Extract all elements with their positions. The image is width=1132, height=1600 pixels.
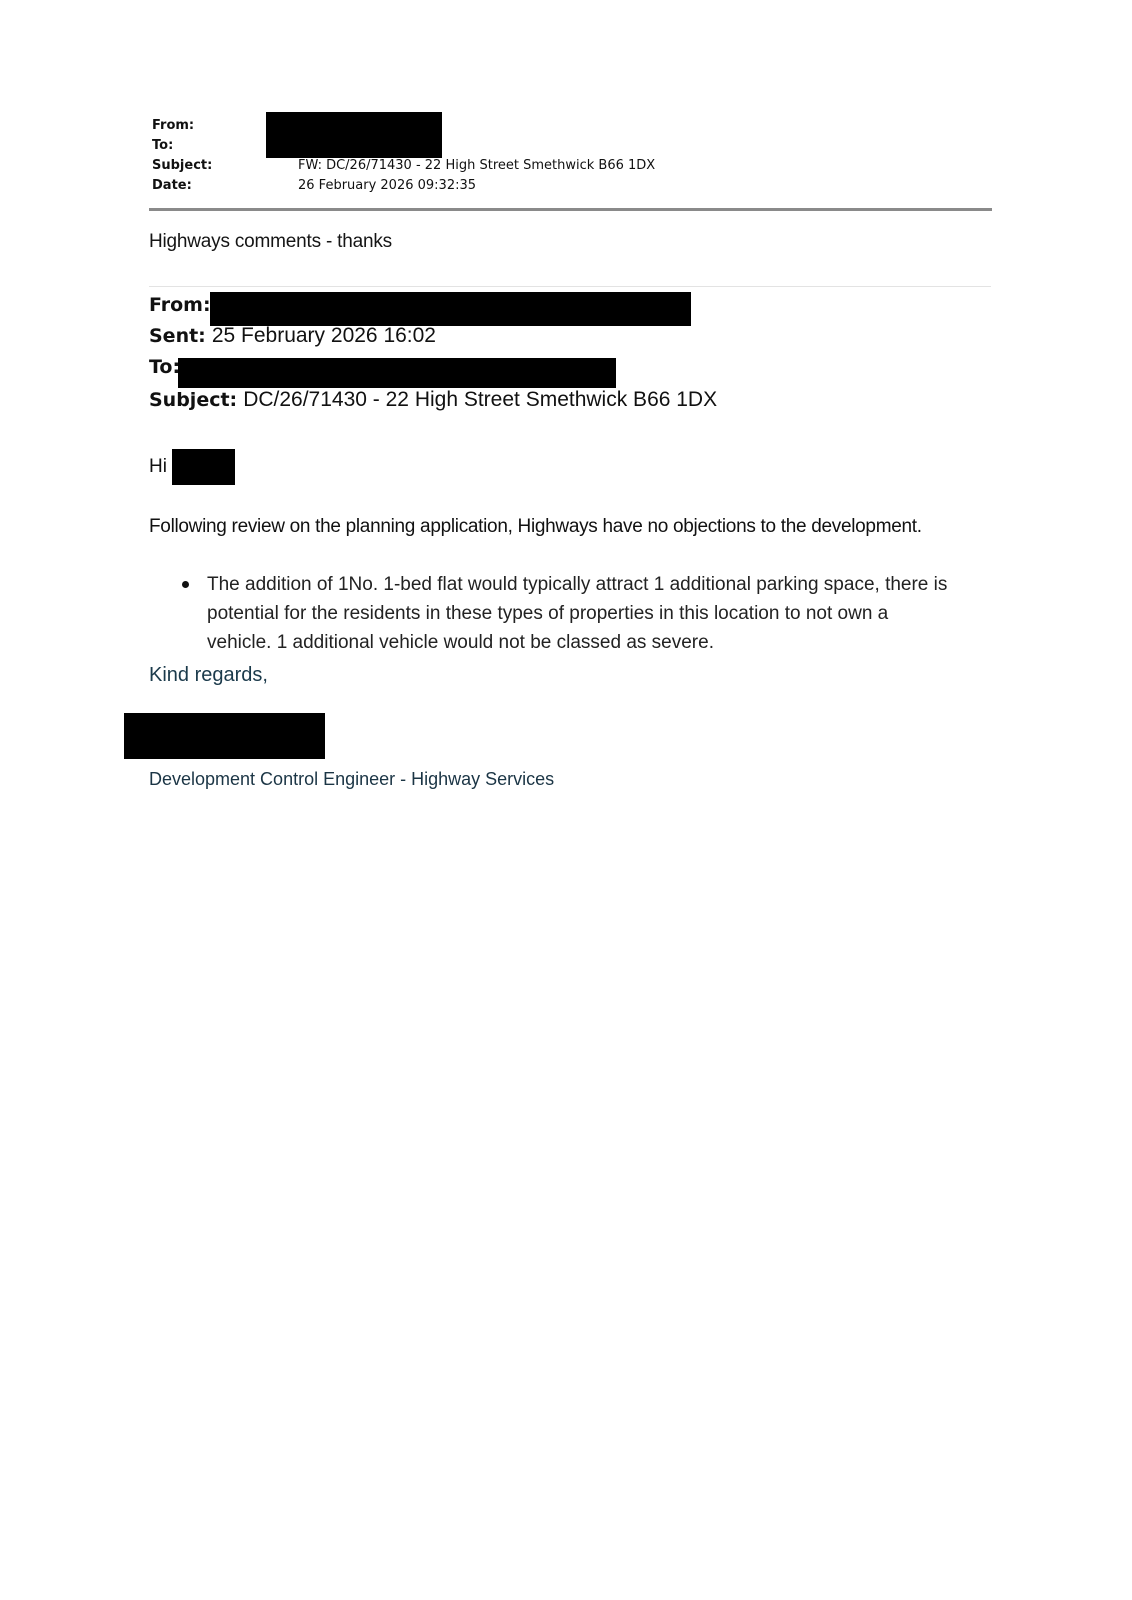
original-subject-line: Subject: DC/26/71430 - 22 High Street Sm… <box>149 388 717 412</box>
bullet-line: vehicle. 1 additional vehicle would not … <box>207 628 982 657</box>
redaction-from-to <box>266 112 442 158</box>
header-divider <box>149 208 992 211</box>
redaction-recipient-name <box>172 449 235 485</box>
signature-title: Development Control Engineer - Highway S… <box>149 769 554 790</box>
original-sent-line: Sent: 25 February 2026 16:02 <box>149 324 436 348</box>
original-from-line: From: <box>149 294 211 316</box>
original-to-label: To: <box>149 356 180 378</box>
forward-note: Highways comments - thanks <box>149 231 392 253</box>
greeting: Hi <box>149 456 167 478</box>
print-header-subject-row: Subject: FW: DC/26/71430 - 22 High Stree… <box>152 156 992 176</box>
bullet-list: The addition of 1No. 1-bed flat would ty… <box>182 570 982 657</box>
body-paragraph: Following review on the planning applica… <box>149 516 922 538</box>
print-header-date-label: Date: <box>152 176 298 196</box>
original-sent-label: Sent: <box>149 325 206 347</box>
print-header-subject-value: FW: DC/26/71430 - 22 High Street Smethwi… <box>298 156 655 176</box>
message-divider <box>149 286 991 287</box>
print-header-date-value: 26 February 2026 09:32:35 <box>298 176 476 196</box>
original-subject-value: DC/26/71430 - 22 High Street Smethwick B… <box>243 388 717 411</box>
bullet-item: The addition of 1No. 1-bed flat would ty… <box>182 570 982 657</box>
redaction-signature-name <box>124 713 325 759</box>
original-subject-label: Subject: <box>149 389 237 411</box>
print-header: From: To: Subject: FW: DC/26/71430 - 22 … <box>152 116 992 196</box>
bullet-icon <box>182 581 189 588</box>
original-to-line: To: <box>149 356 180 378</box>
print-header-subject-label: Subject: <box>152 156 298 176</box>
bullet-line: The addition of 1No. 1-bed flat would ty… <box>207 570 982 599</box>
original-sent-value: 25 February 2026 16:02 <box>212 324 436 347</box>
redaction-original-from <box>210 292 691 326</box>
print-header-date-row: Date: 26 February 2026 09:32:35 <box>152 176 992 196</box>
email-printout-page: From: To: Subject: FW: DC/26/71430 - 22 … <box>0 0 1132 1600</box>
bullet-line: potential for the residents in these typ… <box>207 599 982 628</box>
closing: Kind regards, <box>149 664 268 687</box>
redaction-original-to <box>178 358 616 388</box>
original-from-label: From: <box>149 294 211 316</box>
